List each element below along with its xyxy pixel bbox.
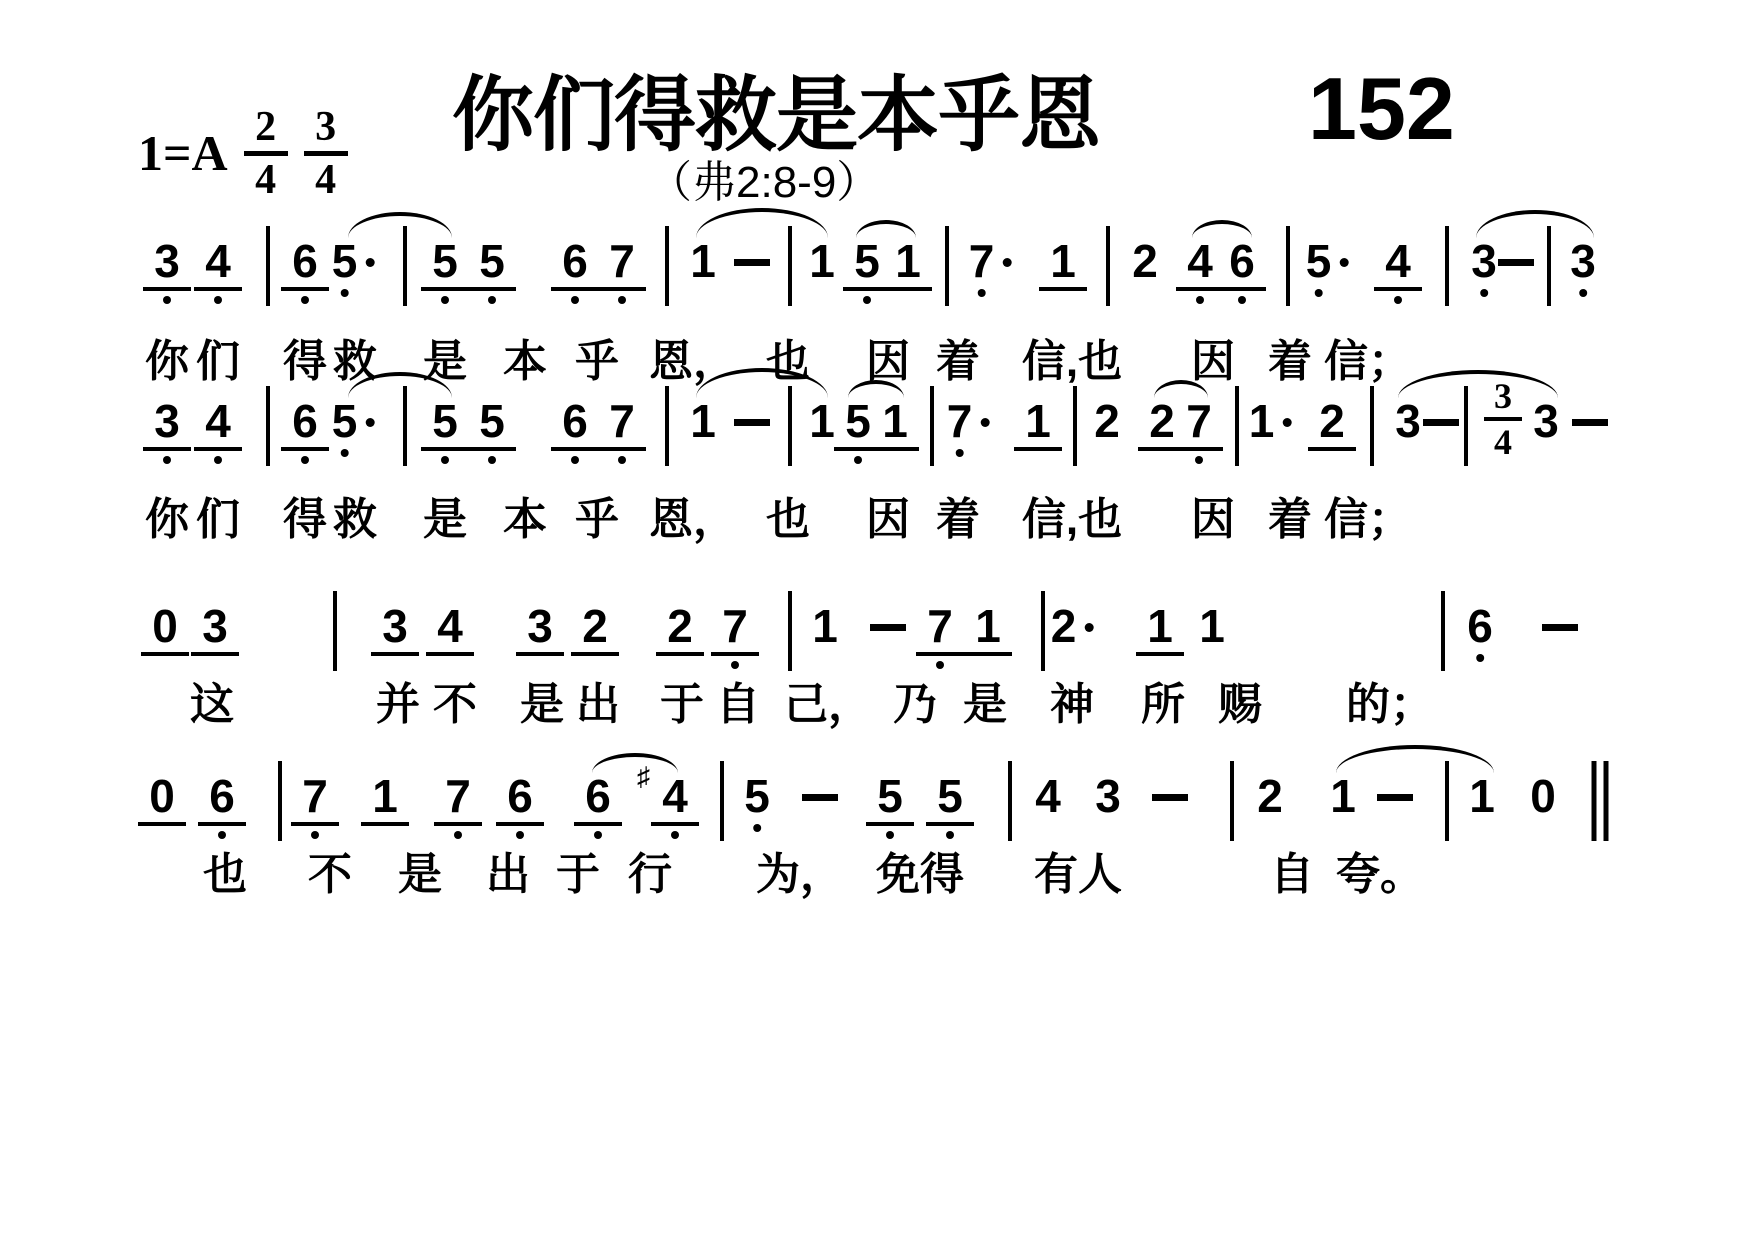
octave-dot [1476, 654, 1484, 662]
lyric-syllable: 所 [1141, 683, 1185, 727]
note-digit: 1 [690, 238, 716, 284]
octave-dot [218, 831, 226, 839]
lyric-syllable: 行 [628, 853, 672, 897]
beam [551, 287, 599, 291]
octave-dot [854, 456, 862, 464]
beam [866, 822, 914, 826]
note: 3 [1533, 398, 1559, 444]
final-barline [1592, 761, 1609, 841]
note-stack: 4 [1176, 238, 1224, 304]
note: ♯4 [637, 773, 699, 839]
octave-dot [936, 661, 944, 669]
lyric-syllable: 神 [1050, 683, 1094, 727]
lyric-syllable: 免得 [876, 853, 964, 897]
note: 3 [191, 603, 239, 656]
note-digit: 6 [209, 773, 235, 819]
augmentation-dot [1084, 623, 1093, 632]
note: 1 [1039, 238, 1087, 291]
note: 1 [812, 603, 838, 649]
note-digit: 5 [1306, 238, 1332, 284]
note: 4 [194, 398, 242, 464]
beam [926, 822, 974, 826]
lyric-syllable: 出 [576, 683, 620, 727]
note-digit: 6 [292, 238, 318, 284]
note-stack: 7 [434, 773, 482, 839]
note-digit: 3 [1095, 773, 1121, 819]
note-digit: 4 [205, 238, 231, 284]
beam [138, 822, 186, 826]
note: 7 [1175, 398, 1223, 464]
note-stack: 4 [1374, 238, 1422, 304]
lyric-syllable: 恩， [649, 498, 737, 542]
note: 1 [1199, 603, 1225, 649]
note: 4 [194, 238, 242, 304]
note: 6 [551, 398, 599, 464]
note-digit: 2 [1132, 238, 1158, 284]
beam [194, 447, 242, 451]
note-stack: 7 [1175, 398, 1223, 464]
beam [516, 652, 564, 656]
octave-dot [618, 456, 626, 464]
note-stack: 1 [812, 603, 838, 649]
note: 6 [574, 773, 622, 839]
barline [1464, 386, 1468, 466]
octave-dot [301, 296, 309, 304]
note-digit: 6 [585, 773, 611, 819]
note-digit: 7 [927, 603, 953, 649]
note-stack: 1 [1199, 603, 1225, 649]
note-stack: 7 [969, 238, 995, 297]
note-stack: 6 [1218, 238, 1266, 304]
note-digit: 3 [202, 603, 228, 649]
lyric-syllable: 乎 [575, 498, 619, 542]
final-barline-stroke [1592, 761, 1597, 841]
note-stack: 7 [947, 398, 973, 457]
note-digit: 6 [562, 398, 588, 444]
barline [266, 386, 270, 466]
barline [1230, 761, 1234, 841]
note-digit: 4 [1187, 238, 1213, 284]
lyric-syllable: 信； [1324, 498, 1412, 542]
note: 4 [1374, 238, 1422, 304]
note-digit: 7 [1186, 398, 1212, 444]
barline [665, 226, 669, 306]
lyric-syllable: 自 [716, 683, 760, 727]
note: 5 [866, 773, 914, 839]
note: 5 [332, 238, 375, 297]
note: 5 [421, 238, 469, 304]
note-digit: 1 [1330, 773, 1356, 819]
beam [571, 652, 619, 656]
octave-dot [594, 831, 602, 839]
note-stack: 1 [1249, 398, 1275, 444]
key-signature: 1=A 2 4 3 4 [138, 103, 348, 203]
octave-dot [516, 831, 524, 839]
duration-dash [870, 624, 906, 631]
slur-tie-arc [1476, 210, 1594, 238]
note-digit: 6 [562, 238, 588, 284]
octave-dot [163, 296, 171, 304]
time-signature-3-4: 3 4 [304, 106, 348, 201]
note: 6 [1467, 603, 1493, 662]
beam [143, 447, 191, 451]
lyric-syllable: 也 [766, 498, 810, 542]
note-stack: 6 [551, 238, 599, 304]
duration-dash [1542, 624, 1578, 631]
octave-dot [753, 824, 761, 832]
lyric-syllable: 并 [376, 683, 420, 727]
note: 5 [1306, 238, 1349, 297]
note: 1 [1330, 773, 1356, 819]
rest-note: 0 [1530, 773, 1556, 819]
lyric-syllable: 因 [1191, 498, 1235, 542]
slur-tie-arc [696, 368, 828, 398]
beam [884, 287, 932, 291]
note-stack: 1 [690, 238, 716, 284]
note-digit: 5 [332, 398, 358, 444]
note-digit: 6 [507, 773, 533, 819]
note: 3 [143, 238, 191, 304]
note: 4 [426, 603, 474, 656]
beam [598, 287, 646, 291]
note-stack: 7 [598, 398, 646, 464]
beam [143, 287, 191, 291]
note-stack: 5 [468, 398, 516, 464]
time-signature-denominator: 4 [1494, 424, 1512, 460]
note: 4 [1176, 238, 1224, 304]
note-stack: 7 [711, 603, 759, 669]
note-digit: 1 [809, 238, 835, 284]
lyric-syllable: 你 [145, 498, 189, 542]
note-stack: 2 [1308, 398, 1356, 451]
note-digit: 1 [1050, 238, 1076, 284]
note-stack: 1 [1469, 773, 1495, 819]
note-digit: 5 [332, 238, 358, 284]
time-signature-numerator: 3 [1494, 378, 1512, 414]
beam [291, 822, 339, 826]
barline [665, 386, 669, 466]
note-stack: 2 [656, 603, 704, 656]
fraction-line [304, 151, 348, 156]
note: 5 [744, 773, 770, 832]
duration-dash [1377, 794, 1413, 801]
note-stack: 2 [1132, 238, 1158, 284]
note-digit: 4 [205, 398, 231, 444]
note: 2 [1132, 238, 1158, 284]
note-digit: 7 [722, 603, 748, 649]
barline [1041, 591, 1045, 671]
note: 7 [969, 238, 1012, 297]
note-digit: 0 [149, 773, 175, 819]
note-stack: 5 [332, 398, 358, 457]
note-stack: 1 [690, 398, 716, 444]
octave-dot [671, 831, 679, 839]
note: 7 [947, 398, 990, 457]
octave-dot [571, 456, 579, 464]
note-stack: 1 [871, 398, 919, 451]
note-digit: 5 [479, 398, 505, 444]
note: 3 [1471, 238, 1497, 297]
time-signature-denominator: 4 [255, 159, 276, 201]
note-stack: 1 [1136, 603, 1184, 656]
note-stack: 3 [1570, 238, 1596, 297]
note: 6 [281, 238, 329, 304]
barline [1547, 226, 1551, 306]
duration-dash [734, 419, 770, 426]
octave-dot [441, 456, 449, 464]
duration-dash [1152, 794, 1188, 801]
lyric-syllable: 赐 [1218, 683, 1262, 727]
beam [656, 652, 704, 656]
barline [1286, 226, 1290, 306]
note: 1 [690, 238, 716, 284]
note: 6 [551, 238, 599, 304]
lyric-syllable: 得 [283, 498, 327, 542]
lyric-syllable: 不 [433, 683, 477, 727]
note-digit: 4 [437, 603, 463, 649]
note-digit: 5 [877, 773, 903, 819]
augmentation-dot [365, 418, 374, 427]
note: 7 [291, 773, 339, 839]
music-line: 0671766♯4555432110也不是出于行为，免得有人自夸。 [0, 735, 1754, 945]
barline [930, 386, 934, 466]
note: 3 [371, 603, 419, 656]
note: 3 [143, 398, 191, 464]
lyric-syllable: 不 [308, 853, 352, 897]
augmentation-dot [1339, 258, 1348, 267]
barline [945, 226, 949, 306]
note-digit: 1 [809, 398, 835, 444]
note-stack: 6 [1467, 603, 1493, 662]
note: 1 [964, 603, 1012, 656]
fraction-line [1484, 417, 1522, 421]
note: 4 [1035, 773, 1061, 819]
note: 2 [1308, 398, 1356, 451]
note-digit: 3 [527, 603, 553, 649]
duration-dash [1423, 419, 1459, 426]
lyric-syllable: 乃 [893, 683, 937, 727]
lyric-syllable: 己， [784, 683, 872, 727]
barline [1235, 386, 1239, 466]
beam [426, 652, 474, 656]
note-stack: 0 [1530, 773, 1556, 819]
beam [1136, 652, 1184, 656]
lyric-syllable: 这 [190, 683, 234, 727]
note-digit: 1 [1199, 603, 1225, 649]
beam [1039, 287, 1087, 291]
barline [1008, 761, 1012, 841]
time-signature-change: 34 [1484, 378, 1522, 460]
note-stack: 6 [281, 238, 329, 304]
note: 1 [1249, 398, 1292, 444]
note: 1 [871, 398, 919, 451]
note-stack: 4 [1035, 773, 1061, 819]
beam [598, 447, 646, 451]
note: 5 [926, 773, 974, 839]
barline [266, 226, 270, 306]
note-digit: 5 [845, 398, 871, 444]
beam [468, 287, 516, 291]
note-stack: 1 [884, 238, 932, 291]
note-digit: 7 [445, 773, 471, 819]
note: 6 [496, 773, 544, 839]
note: 3 [516, 603, 564, 656]
beam [281, 447, 329, 451]
note-stack: 3 [1533, 398, 1559, 444]
note-stack: 1 [361, 773, 409, 826]
octave-dot [454, 831, 462, 839]
octave-dot [1579, 289, 1587, 297]
slur-tie-arc [696, 208, 828, 238]
duration-dash [802, 794, 838, 801]
slur-tie-arc [1336, 745, 1494, 773]
note: 1 [809, 398, 835, 444]
hymn-sheet: 1=A 2 4 3 4 你们得救是本乎恩 152 （弗2:8-9） 346555… [0, 0, 1754, 1240]
lyric-syllable: 出 [486, 853, 530, 897]
note: 1 [1136, 603, 1184, 656]
note-digit: 7 [609, 398, 635, 444]
note-stack: 1 [809, 238, 835, 284]
note-digit: 1 [1147, 603, 1173, 649]
note-stack: 1 [964, 603, 1012, 656]
note-digit: 7 [969, 238, 995, 284]
augmentation-dot [365, 258, 374, 267]
note-stack: 1 [1014, 398, 1062, 451]
beam [194, 287, 242, 291]
augmentation-dot [980, 418, 989, 427]
lyric-syllable: 有人 [1034, 853, 1122, 897]
music-line: 34655567115171227123343你们得救是本乎恩，也因着信,也因着… [0, 360, 1754, 570]
octave-dot [978, 289, 986, 297]
barline [788, 591, 792, 671]
beam [1176, 287, 1224, 291]
note-digit: 5 [432, 398, 458, 444]
octave-dot [488, 296, 496, 304]
lyric-syllable: 于 [556, 853, 600, 897]
note-stack: 3 [1095, 773, 1121, 819]
note-digit: 3 [1471, 238, 1497, 284]
octave-dot [1394, 296, 1402, 304]
note-stack: 5 [332, 238, 358, 297]
note-digit: 3 [382, 603, 408, 649]
barline [403, 226, 407, 306]
note-digit: 4 [1035, 773, 1061, 819]
note-digit: 5 [479, 238, 505, 284]
note-digit: 6 [1467, 603, 1493, 649]
note-stack: 3 [143, 398, 191, 464]
note-stack: 4 [194, 238, 242, 304]
note-digit: 3 [154, 398, 180, 444]
octave-dot [1480, 289, 1488, 297]
note: 7 [598, 398, 646, 464]
octave-dot [488, 456, 496, 464]
note-digit: 2 [1149, 398, 1175, 444]
octave-dot [301, 456, 309, 464]
note-stack: 3 [1471, 238, 1497, 297]
beam [1175, 447, 1223, 451]
beam [711, 652, 759, 656]
note-stack: 1 [809, 398, 835, 444]
note-digit: 5 [432, 238, 458, 284]
note-digit: 7 [947, 398, 973, 444]
note-stack: 7 [291, 773, 339, 839]
octave-dot [618, 296, 626, 304]
note-stack: 6 [281, 398, 329, 464]
time-signature-numerator: 3 [315, 106, 336, 148]
lyric-syllable: 是 [963, 683, 1007, 727]
rest-note: 0 [141, 603, 189, 656]
note-digit: 2 [1257, 773, 1283, 819]
note: 2 [1051, 603, 1094, 649]
note: 1 [884, 238, 932, 291]
hymn-number: 152 [1308, 58, 1455, 160]
octave-dot [1195, 456, 1203, 464]
lyric-syllable: 因 [866, 498, 910, 542]
note-digit: 7 [302, 773, 328, 819]
lyric-syllable: 本 [503, 498, 547, 542]
final-barline-stroke [1604, 761, 1609, 841]
lyric-syllable: 着 [936, 498, 980, 542]
octave-dot [946, 831, 954, 839]
beam [434, 822, 482, 826]
beam [198, 822, 246, 826]
note: 3 [1570, 238, 1596, 297]
octave-dot [1315, 289, 1323, 297]
note-digit: 2 [1051, 603, 1077, 649]
note-digit: 6 [292, 398, 318, 444]
note: 1 [361, 773, 409, 826]
beam [191, 652, 239, 656]
sharp-accidental: ♯ [637, 763, 650, 789]
duration-dash [1572, 419, 1608, 426]
note: 1 [690, 398, 716, 444]
barline [720, 761, 724, 841]
note-stack: 4 [194, 398, 242, 464]
note-digit: 2 [582, 603, 608, 649]
lyric-syllable: 是 [520, 683, 564, 727]
barline [1370, 386, 1374, 466]
octave-dot [311, 831, 319, 839]
time-signature-2-4: 2 4 [244, 106, 288, 201]
note-digit: 1 [895, 238, 921, 284]
octave-dot [731, 661, 739, 669]
note-stack: 7 [598, 238, 646, 304]
note: 1 [809, 238, 835, 284]
note: 5 [332, 398, 375, 457]
duration-dash [1498, 259, 1534, 266]
barline [1106, 226, 1110, 306]
barline [788, 226, 792, 306]
note-digit: 4 [662, 773, 688, 819]
note-stack: 2 [1051, 603, 1077, 649]
lyric-syllable: 的； [1346, 683, 1434, 727]
beam [1014, 447, 1062, 451]
octave-dot [163, 456, 171, 464]
octave-dot [1196, 296, 1204, 304]
augmentation-dot [1282, 418, 1291, 427]
beam [371, 652, 419, 656]
barline [1073, 386, 1077, 466]
note: 2 [1094, 398, 1120, 444]
beam [551, 447, 599, 451]
note: 5 [468, 398, 516, 464]
time-signature-denominator: 4 [315, 159, 336, 201]
augmentation-dot [1002, 258, 1011, 267]
note-stack: 2 [1094, 398, 1120, 444]
note: 7 [711, 603, 759, 669]
octave-dot [1238, 296, 1246, 304]
note: 2 [656, 603, 704, 656]
